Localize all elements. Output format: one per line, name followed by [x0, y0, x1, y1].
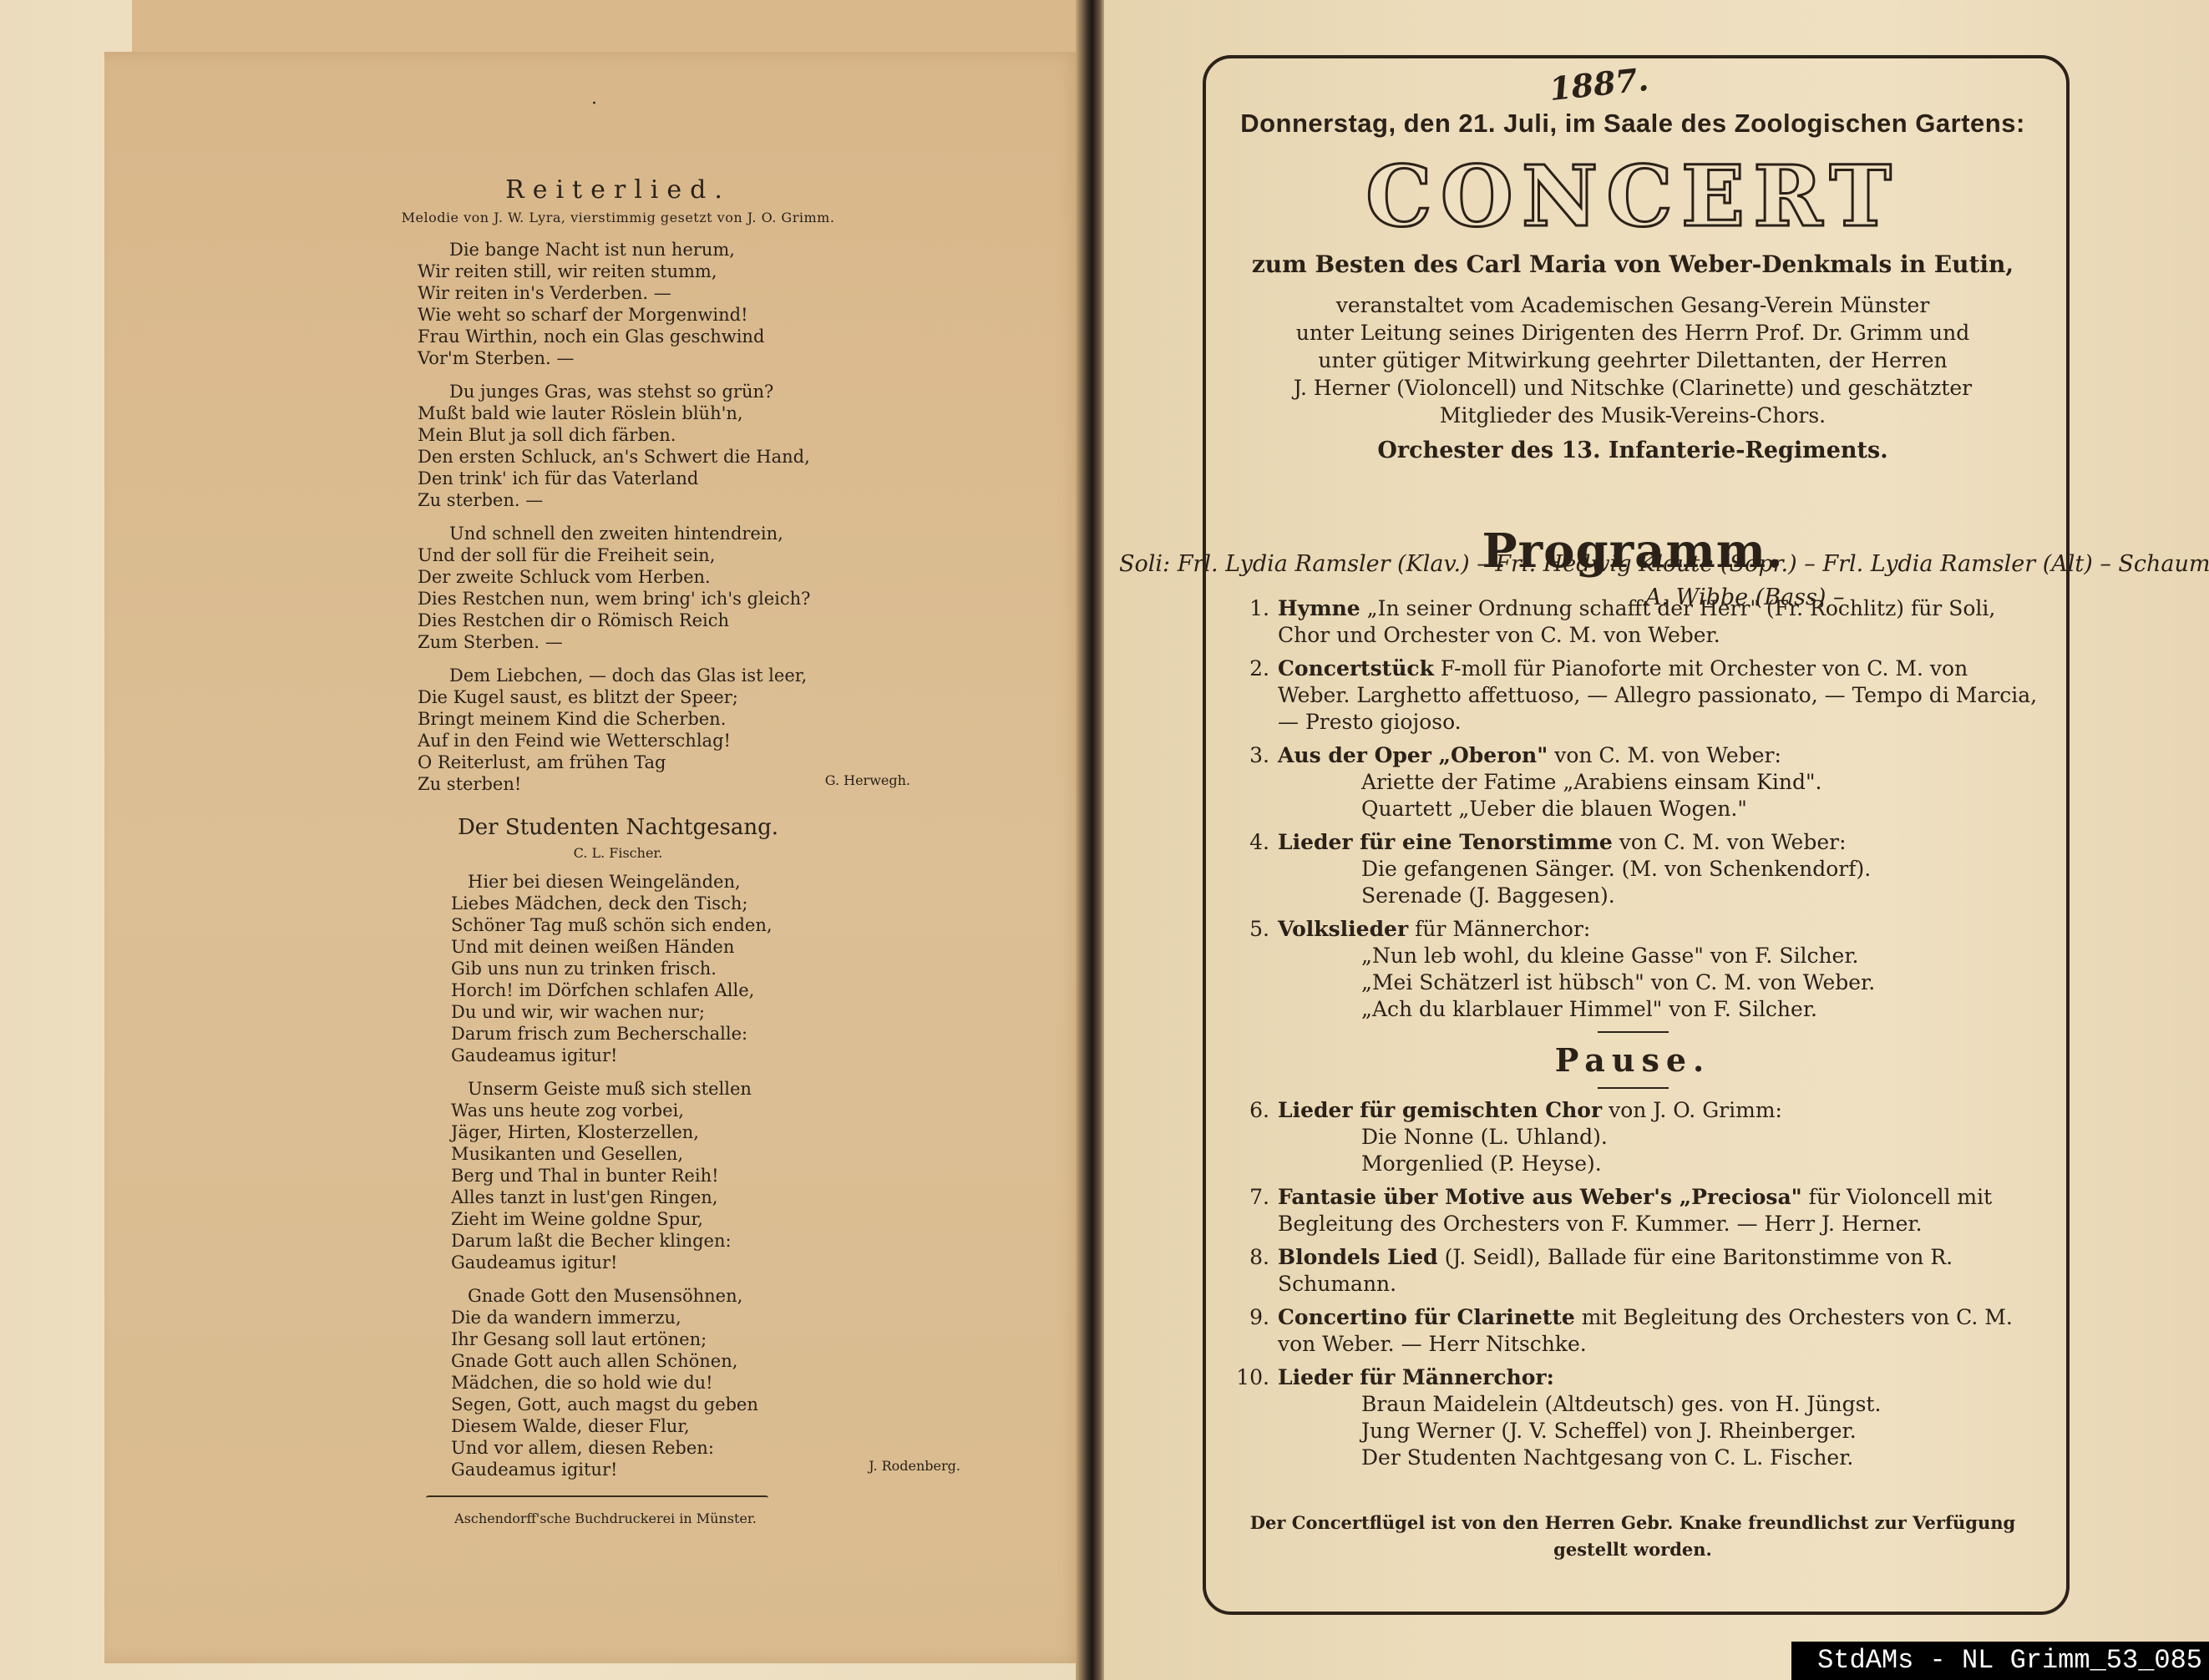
verse-line: Mädchen, die so hold wie du!	[451, 1372, 910, 1394]
event-date-venue: Donnerstag, den 21. Juli, im Saale des Z…	[1228, 109, 2038, 139]
verse-line: Was uns heute zog vorbei,	[451, 1100, 910, 1121]
item-subline: Ariette der Fatime „Arabiens einsam Kind…	[1278, 769, 2038, 796]
item-subline: Braun Maidelein (Altdeutsch) ges. von H.…	[1278, 1391, 2038, 1418]
item-subline: Die Nonne (L. Uhland).	[1278, 1124, 2038, 1151]
verse-line: Die bange Nacht ist nun herum,	[418, 239, 910, 261]
programme-item: 2. Concertstück F-moll für Pianoforte mi…	[1228, 655, 2038, 736]
song2-subtitle: C. L. Fischer.	[326, 845, 910, 861]
item-heading: Concertino für Clarinette	[1278, 1305, 1575, 1329]
verse-line: Jäger, Hirten, Klosterzellen,	[451, 1121, 910, 1143]
song1-stanza: Du junges Gras, was stehst so grün? Mußt…	[418, 381, 910, 511]
programme-item: 3. Aus der Oper „Oberon" von C. M. von W…	[1228, 742, 2038, 822]
verse-line: Du junges Gras, was stehst so grün?	[418, 381, 910, 402]
item-heading: Volkslieder	[1278, 917, 1408, 941]
item-heading: Lieder für gemischten Chor	[1278, 1098, 1602, 1122]
verse-line: Du und wir, wir wachen nur;	[451, 1001, 910, 1023]
verse-line: Wir reiten in's Verderben. —	[418, 282, 910, 304]
item-text: von C. M. von Weber:	[1619, 830, 1847, 854]
verse-line: Der zweite Schluck vom Herben.	[418, 566, 910, 588]
item-subline: Quartett „Ueber die blauen Wogen."	[1278, 796, 2038, 822]
item-number: 3.	[1228, 742, 1269, 769]
item-number: 10.	[1228, 1364, 1269, 1391]
verse-line: Und vor allem, diesen Reben:	[451, 1437, 910, 1459]
item-heading: Fantasie über Motive aus Weber's „Precio…	[1278, 1185, 1802, 1209]
verse-line: Darum frisch zum Becherschalle:	[451, 1023, 910, 1045]
song1-stanza: Dem Liebchen, — doch das Glas ist leer, …	[418, 665, 910, 795]
pause-rule-top	[1598, 1031, 1669, 1033]
song2-author: J. Rodenberg.	[869, 1455, 960, 1477]
song2-stanza: Gnade Gott den Musensöhnen, Die da wande…	[451, 1285, 910, 1480]
verse-line: Liebes Mädchen, deck den Tisch;	[451, 893, 910, 914]
orchestra-line: Orchester des 13. Infanterie-Regiments.	[1228, 438, 2038, 463]
archive-reference-label: StdAMs - NL Grimm_53_085	[1791, 1642, 2209, 1680]
verse-line: Und der soll für die Freiheit sein,	[418, 544, 910, 566]
organizer-line: Mitglieder des Musik-Vereins-Chors.	[1228, 402, 2038, 429]
verse-line: Alles tanzt in lust'gen Ringen,	[451, 1187, 910, 1208]
item-heading: Hymne	[1278, 596, 1360, 620]
verse-line: Diesem Walde, dieser Flur,	[451, 1415, 910, 1437]
verse-line: Den ersten Schluck, an's Schwert die Han…	[418, 446, 910, 468]
verse-line: Darum laßt die Becher klingen:	[451, 1230, 910, 1252]
item-heading: Lieder für Männerchor:	[1278, 1365, 1554, 1389]
item-number: 8.	[1228, 1244, 1269, 1271]
song1-stanza: Die bange Nacht ist nun herum, Wir reite…	[418, 239, 910, 369]
song1-stanza: Und schnell den zweiten hintendrein, Und…	[418, 523, 910, 653]
organizer-line: veranstaltet vom Academischen Gesang-Ver…	[1228, 291, 2038, 319]
item-heading: Blondels Lied	[1278, 1245, 1438, 1269]
verse-line: Gnade Gott auch allen Schönen,	[451, 1350, 910, 1372]
verse-line: Dies Restchen dir o Römisch Reich	[418, 610, 910, 631]
item-subline: Die gefangenen Sänger. (M. von Schenkend…	[1278, 856, 2038, 883]
verse-line: Auf in den Feind wie Wetterschlag!	[418, 730, 910, 751]
handwritten-soloists-note: Soli: Frl. Lydia Ramsler (Klav.) – Frl. …	[1119, 551, 2096, 577]
verse-line: Mein Blut ja soll dich färben.	[418, 424, 910, 446]
piano-credit-note: Der Concertflügel ist von den Herren Geb…	[1228, 1510, 2038, 1563]
song1-title: Reiterlied.	[326, 175, 910, 205]
verse-line: Zum Sterben. —	[418, 631, 910, 653]
verse-line: Horch! im Dörfchen schlafen Alle,	[451, 979, 910, 1001]
verse-line: Gnade Gott den Musensöhnen,	[451, 1285, 910, 1307]
item-number: 7.	[1228, 1184, 1269, 1211]
programme-item: 10. Lieder für Männerchor: Braun Maidele…	[1228, 1364, 2038, 1471]
item-subline: „Ach du klarblauer Himmel" von F. Silche…	[1278, 996, 2038, 1023]
verse-line: Dem Liebchen, — doch das Glas ist leer,	[418, 665, 910, 686]
verse-line: Vor'm Sterben. —	[418, 347, 910, 369]
verse-line: Dies Restchen nun, wem bring' ich's glei…	[418, 588, 910, 610]
book-spine	[1076, 0, 1106, 1680]
verse-line: Segen, Gott, auch magst du geben	[451, 1394, 910, 1415]
decorative-rule	[426, 1495, 768, 1502]
item-text: für Männerchor:	[1415, 917, 1590, 941]
verse-line: Mußt bald wie lauter Röslein blüh'n,	[418, 402, 910, 424]
left-page-content: Reiterlied. Melodie von J. W. Lyra, vier…	[326, 175, 910, 1526]
intermission-heading: Pause.	[1228, 1041, 2038, 1079]
programme-item: 1. Hymne „In seiner Ordnung schafft der …	[1228, 595, 2038, 649]
organizer-line: unter gütiger Mitwirkung geehrter Dilett…	[1228, 347, 2038, 374]
verse-line: Und mit deinen weißen Händen	[451, 936, 910, 958]
concert-title: CONCERT	[1228, 150, 2038, 242]
item-heading: Concertstück	[1278, 656, 1434, 681]
item-subline: Serenade (J. Baggesen).	[1278, 883, 2038, 909]
song1-author: G. Herwegh.	[825, 770, 910, 792]
verse-line: Berg und Thal in bunter Reih!	[451, 1165, 910, 1187]
item-number: 9.	[1228, 1304, 1269, 1331]
verse-line: Schöner Tag muß schön sich enden,	[451, 914, 910, 936]
verse-line: Unserm Geiste muß sich stellen	[451, 1078, 910, 1100]
item-subline: Der Studenten Nachtgesang von C. L. Fisc…	[1278, 1445, 2038, 1471]
verse-line: Hier bei diesen Weingeländen,	[451, 871, 910, 893]
verse-line: Den trink' ich für das Vaterland	[418, 468, 910, 489]
verse-line: Ihr Gesang soll laut ertönen;	[451, 1328, 910, 1350]
verse-line: Und schnell den zweiten hintendrein,	[418, 523, 910, 544]
programme-item: 5. Volkslieder für Männerchor: „Nun leb …	[1228, 916, 2038, 1023]
benefit-line: zum Besten des Carl Maria von Weber-Denk…	[1228, 250, 2038, 278]
verse-line: Die da wandern immerzu,	[451, 1307, 910, 1328]
item-number: 5.	[1228, 916, 1269, 943]
pause-rule-bottom	[1598, 1087, 1669, 1089]
concert-programme: 1887. Donnerstag, den 21. Juli, im Saale…	[1228, 75, 2038, 1563]
item-subline: Jung Werner (J. V. Scheffel) von J. Rhei…	[1278, 1418, 2038, 1445]
item-heading: Aus der Oper „Oberon"	[1278, 743, 1548, 767]
song2-title: Der Studenten Nachtgesang.	[326, 815, 910, 840]
organizer-line: J. Herner (Violoncell) und Nitschke (Cla…	[1228, 374, 2038, 402]
printer-imprint: Aschendorff'sche Buchdruckerei in Münste…	[301, 1510, 910, 1526]
verse-line: Zu sterben. —	[418, 489, 910, 511]
organizer-line: unter Leitung seines Dirigenten des Herr…	[1228, 319, 2038, 347]
programme-item: 6. Lieder für gemischten Chor von J. O. …	[1228, 1097, 2038, 1177]
item-text: von C. M. von Weber:	[1554, 743, 1781, 767]
item-subline: „Mei Schätzerl ist hübsch" von C. M. von…	[1278, 969, 2038, 996]
item-number: 4.	[1228, 829, 1269, 856]
programme-item: 4. Lieder für eine Tenorstimme von C. M.…	[1228, 829, 2038, 909]
verse-line: Gaudeamus igitur!	[451, 1045, 910, 1066]
verse-line: Zieht im Weine goldne Spur,	[451, 1208, 910, 1230]
programme-part-2: 6. Lieder für gemischten Chor von J. O. …	[1228, 1097, 2038, 1471]
item-number: 6.	[1228, 1097, 1269, 1124]
verse-line: Gaudeamus igitur!	[451, 1459, 910, 1480]
item-number: 1.	[1228, 595, 1269, 622]
verse-line: Musikanten und Gesellen,	[451, 1143, 910, 1165]
verse-line: Die Kugel saust, es blitzt der Speer;	[418, 686, 910, 708]
programme-item: 7. Fantasie über Motive aus Weber's „Pre…	[1228, 1184, 2038, 1237]
verse-line: Gaudeamus igitur!	[451, 1252, 910, 1273]
programme-item: 9. Concertino für Clarinette mit Begleit…	[1228, 1304, 2038, 1358]
item-subline: Morgenlied (P. Heyse).	[1278, 1151, 2038, 1177]
ink-mark: ·	[591, 94, 597, 114]
verse-line: Wir reiten still, wir reiten stumm,	[418, 261, 910, 282]
verse-line: Gib uns nun zu trinken frisch.	[451, 958, 910, 979]
song2-stanza: Hier bei diesen Weingeländen, Liebes Mäd…	[451, 871, 910, 1066]
item-number: 2.	[1228, 655, 1269, 682]
verse-line: Bringt meinem Kind die Scherben.	[418, 708, 910, 730]
item-subline: „Nun leb wohl, du kleine Gasse" von F. S…	[1278, 943, 2038, 969]
item-heading: Lieder für eine Tenorstimme	[1278, 830, 1613, 854]
verse-line: Wie weht so scharf der Morgenwind!	[418, 304, 910, 326]
programme-part-1: 1. Hymne „In seiner Ordnung schafft der …	[1228, 595, 2038, 1023]
verse-line: Frau Wirthin, noch ein Glas geschwind	[418, 326, 910, 347]
organizer-block: veranstaltet vom Academischen Gesang-Ver…	[1228, 291, 2038, 429]
item-text: von J. O. Grimm:	[1609, 1098, 1782, 1122]
programme-item: 8. Blondels Lied (J. Seidl), Ballade für…	[1228, 1244, 2038, 1298]
item-text: „In seiner Ordnung schafft der Herr" (Fr…	[1278, 596, 1995, 647]
song2-stanza: Unserm Geiste muß sich stellen Was uns h…	[451, 1078, 910, 1273]
song1-subtitle: Melodie von J. W. Lyra, vierstimmig gese…	[326, 210, 910, 225]
